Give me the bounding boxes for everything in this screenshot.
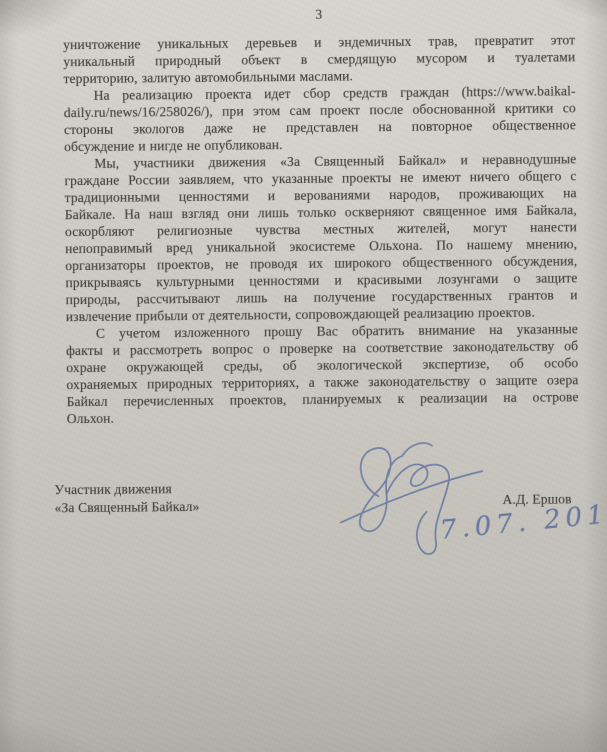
page-number: 3 [63, 3, 575, 25]
body-paragraphs: уничтожение уникальных деревьев и эндеми… [63, 31, 579, 427]
signature-block: Участник движения «За Священный Байкал» … [54, 476, 580, 601]
letter-page: 3 уничтожение уникальных деревьев и энде… [63, 3, 581, 601]
